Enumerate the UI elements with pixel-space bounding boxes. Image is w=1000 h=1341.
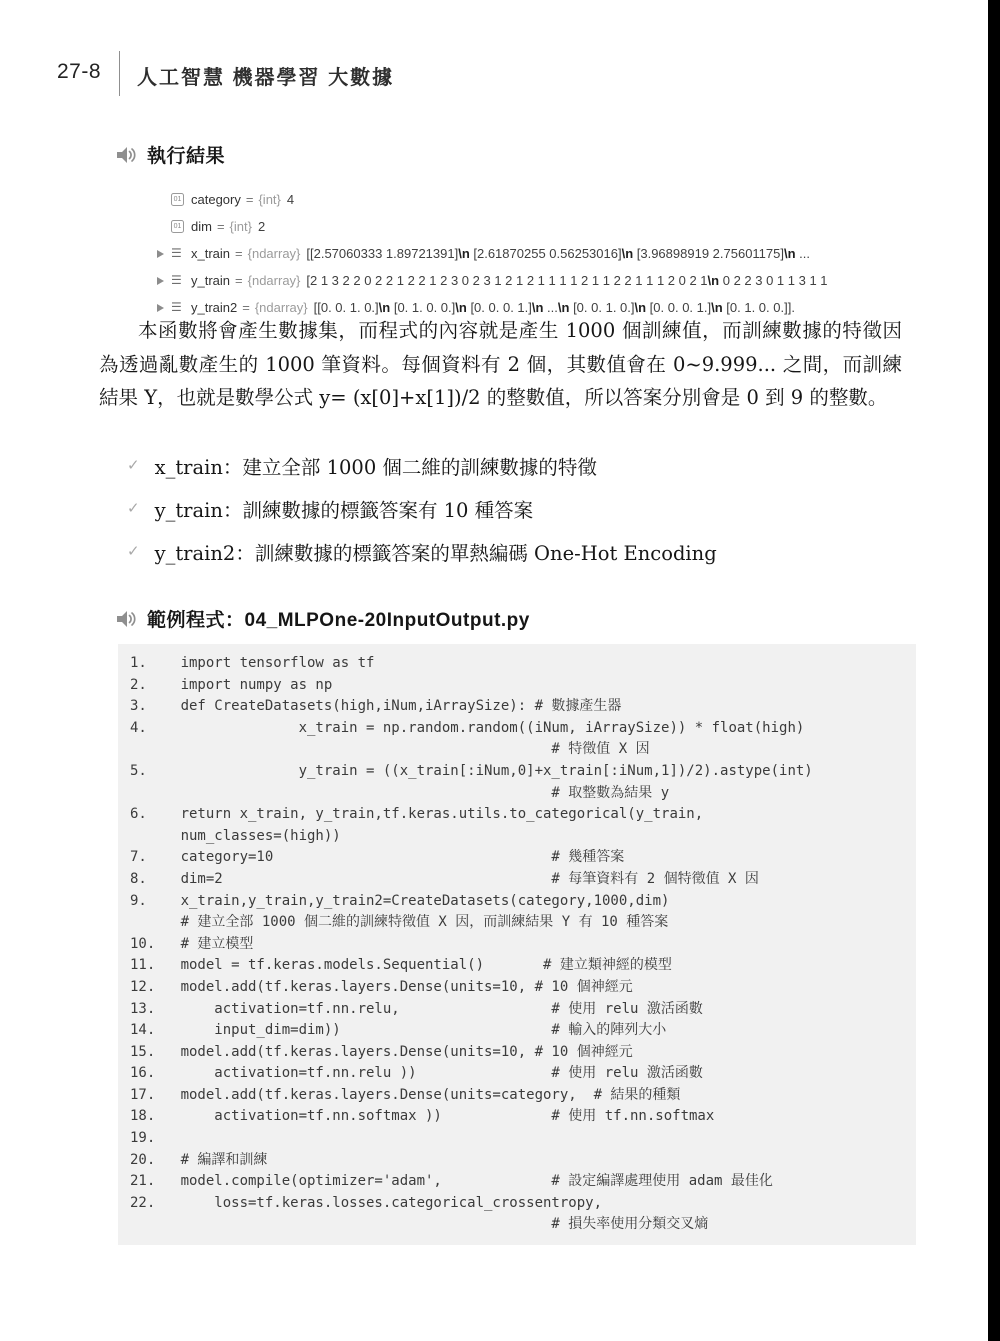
bullet-term: y_train xyxy=(155,499,223,522)
variable-value: [[0. 0. 1. 0.]\n [0. 1. 0. 0.]\n [0. 0. … xyxy=(314,300,795,315)
variable-name: y_train2 xyxy=(191,300,237,315)
equals-sign: = xyxy=(246,192,254,207)
expand-triangle-icon xyxy=(157,277,164,285)
check-icon: ✓ xyxy=(127,456,140,474)
variable-name: category xyxy=(191,192,241,207)
list-item: ✓ y_train：訓練數據的標籤答案有 10 種答案 xyxy=(127,495,717,538)
variable-type: {ndarray} xyxy=(248,246,301,261)
body-paragraph: 本函數將會產生數據集，而程式的內容就是產生 1000 個訓練值，而訓練數據的特徵… xyxy=(99,314,902,415)
variable-name: dim xyxy=(191,219,212,234)
equals-sign: = xyxy=(235,273,243,288)
variable-value: [[2.57060333 1.89721391]\n [2.61870255 0… xyxy=(306,246,810,261)
array-variable-icon: ☰ xyxy=(171,247,182,260)
section-example-code: 範例程式：04_MLPOne-20InputOutput.py xyxy=(116,605,530,632)
variable-type: {int} xyxy=(230,219,252,234)
debugger-panel: 01 category = {int} 4 01 dim = {int} 2 ☰… xyxy=(157,186,887,321)
variable-type: {ndarray} xyxy=(248,273,301,288)
debugger-row-category: 01 category = {int} 4 xyxy=(157,186,887,213)
code-listing: 1. import tensorflow as tf 2. import num… xyxy=(118,644,916,1236)
int-variable-icon: 01 xyxy=(171,220,184,233)
debugger-row-y-train: ☰ y_train = {ndarray} [2 1 3 2 2 0 2 2 1… xyxy=(157,267,887,294)
list-item: ✓ x_train：建立全部 1000 個二維的訓練數據的特徵 xyxy=(127,452,717,495)
section-execution-result: 執行結果 xyxy=(116,141,225,168)
header-divider xyxy=(119,51,120,96)
variable-value: 4 xyxy=(287,192,294,207)
variable-value: [2 1 3 2 2 0 2 2 1 2 2 1 2 3 0 2 3 1 2 1… xyxy=(306,273,827,288)
expand-triangle-icon xyxy=(157,304,164,312)
check-icon: ✓ xyxy=(127,542,140,560)
code-listing-panel: 1. import tensorflow as tf 2. import num… xyxy=(118,644,916,1245)
variable-name: y_train xyxy=(191,273,230,288)
int-variable-icon: 01 xyxy=(171,193,184,206)
speaker-icon xyxy=(116,146,138,164)
equals-sign: = xyxy=(235,246,243,261)
list-item: ✓ y_train2：訓練數據的標籤答案的單熱編碼 One-Hot Encodi… xyxy=(127,538,717,581)
equals-sign: = xyxy=(242,300,250,315)
section-title-example-code: 範例程式：04_MLPOne-20InputOutput.py xyxy=(147,605,530,632)
section-title-execution-result: 執行結果 xyxy=(147,141,225,168)
bullet-desc: ：訓練數據的標籤答案有 10 種答案 xyxy=(223,499,533,522)
page-edge-bar xyxy=(988,0,1000,1341)
variable-value: 2 xyxy=(258,219,265,234)
book-title: 人工智慧 機器學習 大數據 xyxy=(137,61,394,90)
debugger-row-x-train: ☰ x_train = {ndarray} [[2.57060333 1.897… xyxy=(157,240,887,267)
page-number: 27-8 xyxy=(57,60,101,84)
variable-type: {ndarray} xyxy=(255,300,308,315)
bullet-term: y_train2 xyxy=(155,542,236,565)
expand-triangle-icon xyxy=(157,250,164,258)
debugger-row-dim: 01 dim = {int} 2 xyxy=(157,213,887,240)
equals-sign: = xyxy=(217,219,225,234)
array-variable-icon: ☰ xyxy=(171,301,182,314)
bullet-desc: ：建立全部 1000 個二維的訓練數據的特徵 xyxy=(223,456,597,479)
check-icon: ✓ xyxy=(127,499,140,517)
book-page: 27-8 人工智慧 機器學習 大數據 執行結果 01 category = {i… xyxy=(0,0,1000,1341)
bullet-desc: ：訓練數據的標籤答案的單熱編碼 One-Hot Encoding xyxy=(235,542,716,565)
variable-type: {int} xyxy=(258,192,280,207)
array-variable-icon: ☰ xyxy=(171,274,182,287)
variable-name: x_train xyxy=(191,246,230,261)
bullet-term: x_train xyxy=(155,456,223,479)
bullet-list: ✓ x_train：建立全部 1000 個二維的訓練數據的特徵 ✓ y_trai… xyxy=(127,452,717,581)
speaker-icon xyxy=(116,610,138,628)
